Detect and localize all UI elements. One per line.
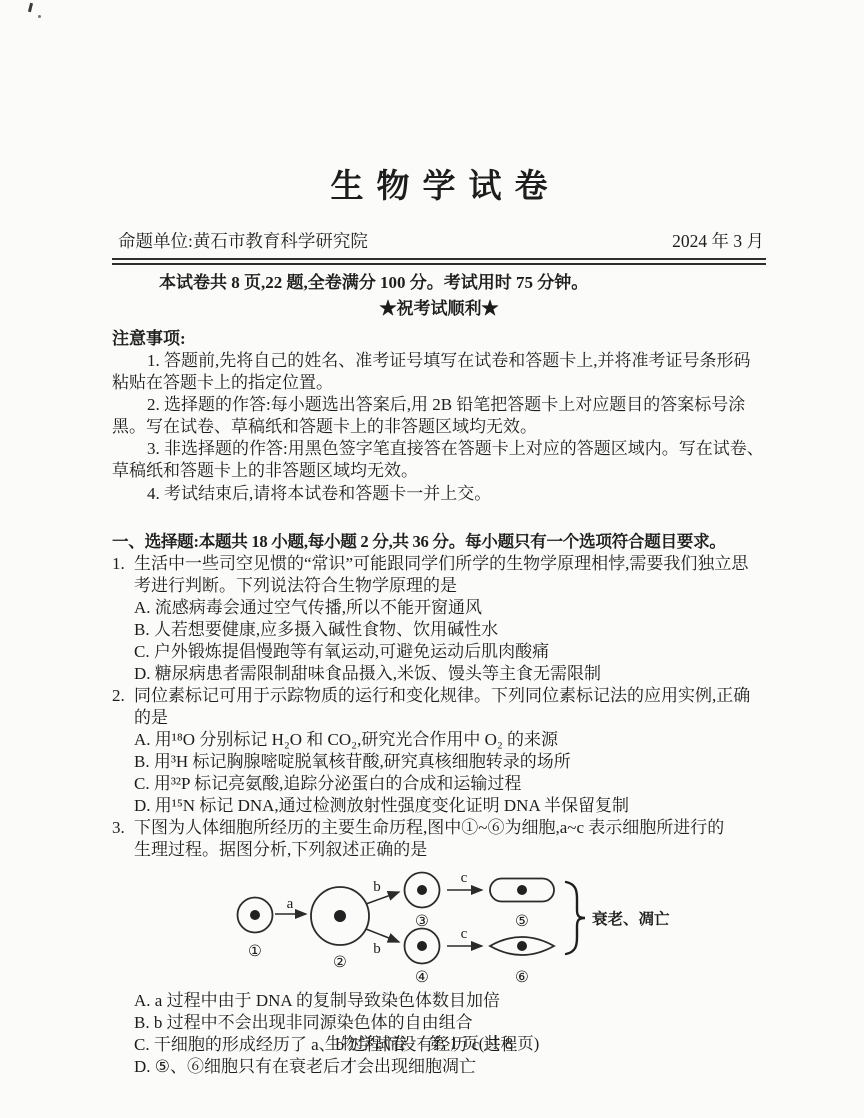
question-text: 下图为人体细胞所经历的主要生命历程,图中①~⑥为细胞,a~c 表示细胞所进行的 bbox=[134, 818, 724, 837]
question-3-option-d: D. ⑤、⑥细胞只有在衰老后才会出现细胞凋亡 bbox=[134, 1056, 766, 1078]
question-3-option-b: B. b 过程中不会出现非同源染色体的自由组合 bbox=[134, 1012, 766, 1034]
footer-title: 生物学试卷 bbox=[325, 1034, 408, 1053]
question-2-option-b: B. 用³H 标记胸腺嘧啶脱氧核苷酸,研究真核细胞转录的场所 bbox=[134, 751, 766, 773]
cell-6-label: ⑥ bbox=[515, 968, 529, 986]
notice-heading: 注意事项: bbox=[112, 328, 766, 350]
process-b-arrow-lower bbox=[366, 929, 399, 942]
question-2-stem: 2.同位素标记可用于示踪物质的运行和变化规律。下列同位素标记法的应用实例,正确 bbox=[112, 685, 766, 707]
question-1-option-b: B. 人若想要健康,应多摄入碱性食物、饮用碱性水 bbox=[134, 619, 766, 641]
question-text: 生活中一些司空见惯的“常识”可能跟同学们所学的生物学原理相悖,需要我们独立思 bbox=[134, 554, 748, 573]
cell-6-nucleus bbox=[517, 941, 527, 951]
page-title: 生物学试卷 bbox=[112, 167, 766, 207]
issuing-unit: 命题单位:黄石市教育科学研究院 bbox=[118, 228, 368, 253]
footer-page-number: 第 1 页(共 8 页) bbox=[429, 1034, 539, 1053]
notice-line: 粘贴在答题卡上的指定位置。 bbox=[112, 372, 766, 394]
cell-1-nucleus bbox=[250, 910, 260, 920]
question-1-option-d: D. 糖尿病患者需限制甜味食品摄入,米饭、馒头等主食无需限制 bbox=[134, 663, 766, 685]
notice-line: 黑。写在试卷、草稿纸和答题卡上的非答题区域均无效。 bbox=[112, 416, 766, 438]
notice-line: 2. 选择题的作答:每小题选出答案后,用 2B 铅笔把答题卡上对应题目的答案标号… bbox=[112, 394, 766, 416]
question-number: 2. bbox=[112, 685, 134, 707]
question-3-stem: 3.下图为人体细胞所经历的主要生命历程,图中①~⑥为细胞,a~c 表示细胞所进行… bbox=[112, 817, 766, 839]
process-a-label: a bbox=[287, 896, 294, 912]
question-2-option-d: D. 用¹⁵N 标记 DNA,通过检测放射性强度变化证明 DNA 半保留复制 bbox=[134, 795, 766, 817]
process-b-label-lower: b bbox=[373, 941, 381, 957]
notice-line: 4. 考试结束后,请将本试卷和答题卡一并上交。 bbox=[112, 483, 766, 505]
cell-3-label: ③ bbox=[415, 912, 429, 930]
cell-1-label: ① bbox=[248, 942, 262, 960]
double-rule bbox=[112, 258, 766, 265]
question-1-option-a: A. 流感病毒会通过空气传播,所以不能开窗通风 bbox=[134, 597, 766, 619]
brace bbox=[566, 882, 585, 954]
question-3-option-a: A. a 过程中由于 DNA 的复制导致染色体数目加倍 bbox=[134, 990, 766, 1012]
process-b-arrow-upper bbox=[366, 892, 399, 904]
question-1-option-c: C. 户外锻炼提倡慢跑等有氧运动,可避免运动后肌肉酸痛 bbox=[134, 641, 766, 663]
diagram-svg: ① a ② b b ③ ④ c c bbox=[228, 868, 683, 986]
process-c-label-upper: c bbox=[461, 870, 468, 886]
question-number: 3. bbox=[112, 817, 134, 839]
process-c-label-lower: c bbox=[461, 926, 468, 942]
question-number: 1. bbox=[112, 553, 134, 575]
question-1-stem: 1.生活中一些司空见惯的“常识”可能跟同学们所学的生物学原理相悖,需要我们独立思 bbox=[112, 553, 766, 575]
cell-3-nucleus bbox=[417, 885, 427, 895]
cell-4-nucleus bbox=[417, 941, 427, 951]
question-2-stem-cont: 的是 bbox=[134, 707, 766, 729]
notice-line: 1. 答题前,先将自己的姓名、准考证号填写在试卷和答题卡上,并将准考证号条形码 bbox=[112, 350, 766, 372]
cell-4-label: ④ bbox=[415, 968, 429, 986]
exam-date: 2024 年 3 月 bbox=[672, 228, 764, 253]
scan-artifact-dot bbox=[38, 15, 41, 18]
question-3-stem-cont: 生理过程。据图分析,下列叙述正确的是 bbox=[134, 839, 766, 861]
exam-page: 生物学试卷 命题单位:黄石市教育科学研究院 2024 年 3 月 本试卷共 8 … bbox=[0, 0, 864, 1118]
cell-lifecycle-diagram: ① a ② b b ③ ④ c c bbox=[228, 868, 766, 988]
meta-row: 命题单位:黄石市教育科学研究院 2024 年 3 月 bbox=[112, 228, 766, 258]
page-footer: 生物学试卷第 1 页(共 8 页) bbox=[0, 1033, 864, 1055]
process-b-label-upper: b bbox=[373, 879, 381, 895]
question-2-option-a: A. 用¹⁸O 分别标记 H₂O 和 CO₂,研究光合作用中 O₂ 的来源 bbox=[134, 729, 766, 751]
scan-artifact bbox=[28, 3, 33, 12]
section-header-multiple-choice: 一、选择题:本题共 18 小题,每小题 2 分,共 36 分。每小题只有一个选项… bbox=[112, 531, 766, 553]
cell-2-nucleus bbox=[334, 910, 346, 922]
question-1-stem-cont: 考进行判断。下列说法符合生物学原理的是 bbox=[134, 575, 766, 597]
question-text: 同位素标记可用于示踪物质的运行和变化规律。下列同位素标记法的应用实例,正确 bbox=[134, 686, 750, 705]
cell-2-label: ② bbox=[333, 953, 347, 971]
notice-line: 3. 非选择题的作答:用黑色签字笔直接答在答题卡上对应的答题区域内。写在试卷、 bbox=[112, 438, 766, 460]
good-luck-line: ★祝考试顺利★ bbox=[112, 298, 766, 320]
cell-5-nucleus bbox=[517, 885, 527, 895]
cell-5-label: ⑤ bbox=[515, 912, 529, 930]
senescence-apoptosis-label: 衰老、凋亡 bbox=[592, 909, 670, 928]
notice-line: 草稿纸和答题卡上的非答题区域均无效。 bbox=[112, 460, 766, 482]
exam-info-line: 本试卷共 8 页,22 题,全卷满分 100 分。考试用时 75 分钟。 bbox=[112, 272, 766, 294]
question-2-option-c: C. 用³²P 标记亮氨酸,追踪分泌蛋白的合成和运输过程 bbox=[134, 773, 766, 795]
